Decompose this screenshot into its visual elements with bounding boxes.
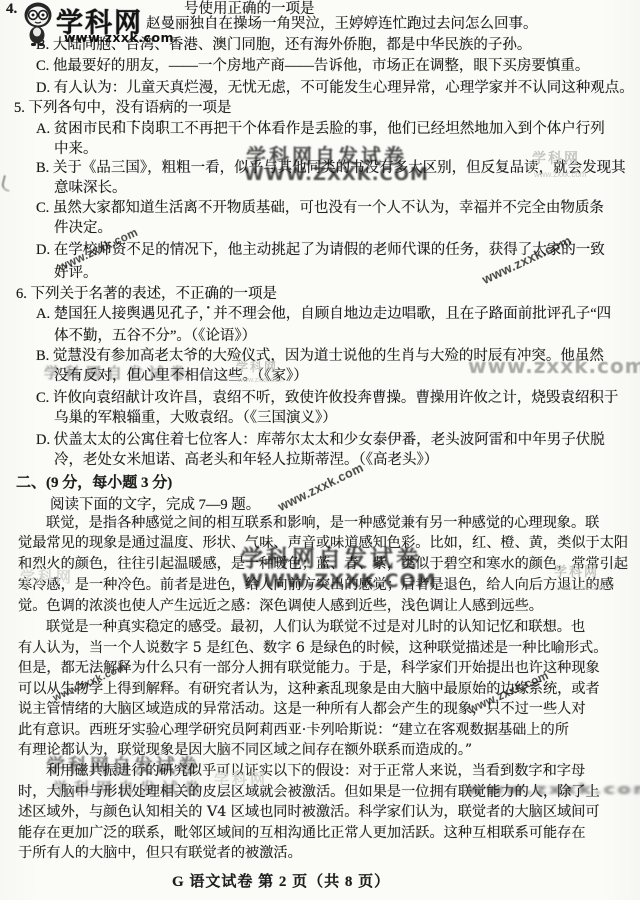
watermark-zxxk-logo: 学科网 <box>236 361 278 373</box>
watermark-zxxk: 学科网自发试卷 <box>246 146 407 166</box>
text-line: 冷，老处女米旭诺、高老头和年轻人拉斯蒂涅。（《高老头》） <box>54 453 438 468</box>
text-line: 乌巢的军粮辎重，大败袁绍。（《三国演义》） <box>54 411 337 426</box>
text-line: 联觉是一种真实稳定的感受。最初，人们认为联觉不过是对儿时的认知记忆和联想。也 <box>46 620 585 634</box>
text-line: 说主管情绪的大脑区域造成的异常活动。这是一种所有人都会产生的现象，只不过一些人对 <box>18 702 586 716</box>
text-line: 二、(9 分，每小题 3 分) <box>16 476 172 491</box>
footer-page-label: G 语文试卷 第 2 页（共 8 页） <box>172 870 390 891</box>
text-line: 于所有人的大脑中，但只有联觉者的被激活。 <box>18 846 302 860</box>
watermark-zxxk: 学科网自发试卷 <box>46 757 200 776</box>
pen-mark-artifact <box>0 175 12 192</box>
text-line: 此有意识。西班牙实验心理学研究员阿莉西亚·卡列哈斯说：“建立在客观数据基础上的所 <box>18 723 569 737</box>
watermark-zxxk: 学科网自发试卷 <box>240 548 422 571</box>
text-line: C. 虽然大家都知道生活离不开物质基础，可也没有一个人不认为，幸福并不完全由物质… <box>36 201 604 216</box>
text-line: 中来。 <box>54 142 98 157</box>
text-line: 赵曼丽独自在操场一角哭泣，王婷婷连忙跑过去问怎么回事。 <box>146 17 538 32</box>
watermark-zxxk-logo: www.zxxk.com <box>534 171 586 179</box>
text-line: 5. 下列各句中，没有语病的一项是 <box>14 101 232 116</box>
text-line: D. 有人认为：儿童天真烂漫，无忧无虑，不可能发生心理异常，心理学家并不认同这种… <box>36 81 634 96</box>
zxxk-mascot-icon <box>20 1 56 47</box>
text-line: 联觉，是指各种感觉之间的相互联系和影响，是一种感觉兼有另一种感觉的心理现象。联 <box>46 516 599 530</box>
watermark-zxxk: WWW.ZXXK.COM <box>242 572 437 591</box>
watermark-zxxk: 学科网 <box>20 570 74 585</box>
emphasis-dots: ···· <box>118 116 174 129</box>
text-line: 能存在更加广泛的联系，毗邻区域间的互相沟通比正常人更加活跃。这种互相联系可能存在 <box>18 826 586 840</box>
watermark-zxxk: www.zxxk.com <box>466 783 640 797</box>
watermark-zxxk: www.zxxk.com <box>468 356 640 376</box>
text-line: D. 伏盖太太的公寓住着七位客人：库蒂尔太太和少女泰伊番，老头波阿雷和中年男子伏… <box>36 433 605 448</box>
text-line: 体不勤，五谷不分”。（《论语》） <box>54 329 256 344</box>
watermark-zxxk-logo: 学科网 <box>532 152 580 166</box>
text-line: C. 他最要好的朋友，——一个房地产商——告诉他，市场正在调整，眼下买房要慎重。 <box>36 59 589 74</box>
watermark-zxxk: WWW.ZXXK.COM <box>244 166 429 184</box>
watermark-zxxk: 学科网自发试卷 <box>52 781 206 797</box>
text-line: 觉。色调的浓淡也使人产生远近之感：深色调使人感到近些，浅色调让人感到远些。 <box>18 599 543 613</box>
watermark-url-diagonal: www.zxxk.com <box>480 232 574 287</box>
text-line: 件决定。 <box>54 221 112 236</box>
scanned-exam-page: 4.号使用正确的一项是赵曼丽独自在操场一角哭泣，王婷婷连忙跑过去问怎么回事。B.… <box>0 0 640 900</box>
text-line: C. 许攸向袁绍献计攻许昌，袁绍不听，致使许攸投奔曹操。曹操用许攸之计，烧毁袁绍… <box>36 391 618 406</box>
text-line: 述区域外，与颜色认知相关的 V4 区域也同时被激活。科学家们认为，联觉者的大脑区… <box>18 805 600 819</box>
text-line: 号使用正确的一项是 <box>184 2 315 17</box>
text-line: 意味深长。 <box>54 181 127 196</box>
text-line: 有人认为，当一个人说数字 5 是红色、数字 6 是绿色的时候，这种联觉描述是一种… <box>18 641 607 655</box>
zxxk-logo-url: www.zxxk.com <box>64 30 174 45</box>
watermark-zxxk-logo: 学科网 <box>554 566 599 579</box>
watermark-zxxk: 学科网 <box>214 772 268 787</box>
text-line: 6. 下列关于名著的表述，不正确的一项是 <box>16 287 277 302</box>
watermark-url-diagonal: www.zxxk.com <box>276 461 366 514</box>
emphasis-dots: ··· <box>178 302 220 315</box>
watermark-zxxk-logo: www.zxxk.com <box>556 584 605 592</box>
zxxk-logo: 学科网 www.zxxk.com <box>0 0 200 50</box>
text-line: A. 楚国狂人接舆遇见孔子，并不理会他，自顾自地边走边唱歌，且在子路面前批评孔子… <box>36 307 611 322</box>
watermark-zxxk: 学科网自发试卷 <box>44 366 191 381</box>
text-line: 阅读下面的文字，完成 7—9 题。 <box>50 498 260 513</box>
watermark-zxxk-logo: www.zxxk.com <box>238 377 284 384</box>
